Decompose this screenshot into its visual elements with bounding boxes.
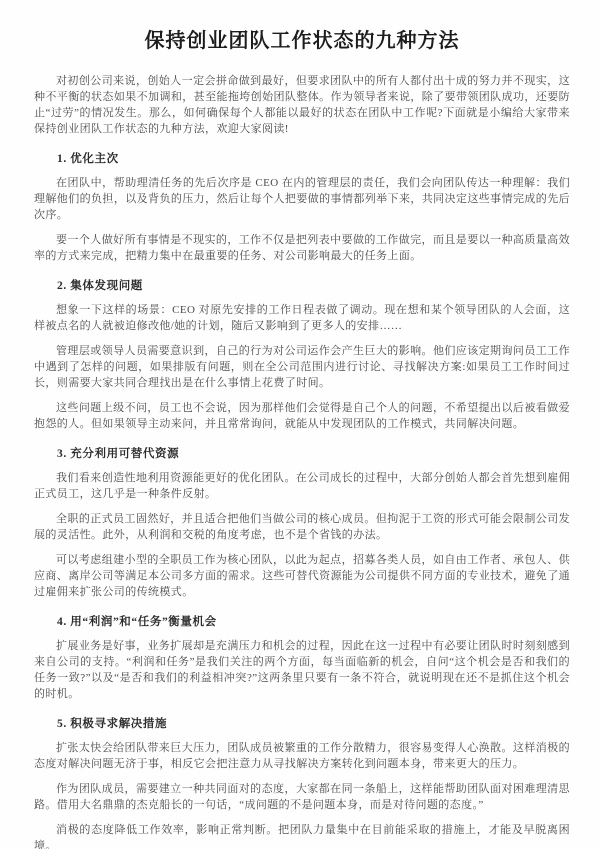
paragraph: 全职的正式员工固然好，并且适合把他们当做公司的核心成员。但拘泥于工资的形式可能会… xyxy=(34,511,570,543)
paragraph: 扩张太快会给团队带来巨大压力，团队成员被繁重的工作分散精力，很容易变得人心涣散。… xyxy=(34,740,570,772)
section-heading-3: 3. 充分利用可替代资源 xyxy=(34,445,570,461)
paragraph: 我们看来创造性地利用资源能更好的优化团队。在公司成长的过程中，大部分创始人都会首… xyxy=(34,470,570,502)
section-heading-1: 1. 优化主次 xyxy=(34,150,570,166)
paragraph: 想象一下这样的场景：CEO 对原先安排的工作日程表做了调动。现在想和某个领导团队… xyxy=(34,302,570,334)
paragraph: 可以考虑组建小型的全职员工作为核心团队，以此为起点，招募各类人员，如自由工作者、… xyxy=(34,552,570,600)
paragraph: 管理层或领导人员需要意识到，自己的行为对公司运作会产生巨大的影响。他们应该定期询… xyxy=(34,343,570,391)
section-heading-2: 2. 集体发现问题 xyxy=(34,277,570,293)
section-heading-5: 5. 积极寻求解决措施 xyxy=(34,715,570,731)
paragraph: 消极的态度降低工作效率，影响正常判断。把团队力量集中在目前能采取的措施上，才能及… xyxy=(34,822,570,849)
paragraph: 这些问题上级不问，员工也不会说，因为那样他们会觉得是自己个人的问题，不希望提出以… xyxy=(34,400,570,432)
intro-paragraph: 对初创公司来说，创始人一定会拼命做到最好，但要求团队中的所有人都付出十成的努力并… xyxy=(34,73,570,137)
paragraph: 在团队中，帮助理清任务的先后次序是 CEO 在内的管理层的责任，我们会向团队传达… xyxy=(34,175,570,223)
paragraph: 要一个人做好所有事情是不现实的，工作不仅是把列表中要做的工作做完，而且是要以一种… xyxy=(34,232,570,264)
document-page: 保持创业团队工作状态的九种方法 对初创公司来说，创始人一定会拼命做到最好，但要求… xyxy=(0,0,600,849)
page-title: 保持创业团队工作状态的九种方法 xyxy=(34,24,570,53)
section-heading-4: 4. 用“利润”和“任务”衡量机会 xyxy=(34,613,570,629)
paragraph: 作为团队成员，需要建立一种共同面对的态度，大家都在同一条船上，这样能帮助团队面对… xyxy=(34,781,570,813)
paragraph: 扩展业务是好事，业务扩展却是充满压力和机会的过程，因此在这一过程中有必要让团队时… xyxy=(34,638,570,702)
